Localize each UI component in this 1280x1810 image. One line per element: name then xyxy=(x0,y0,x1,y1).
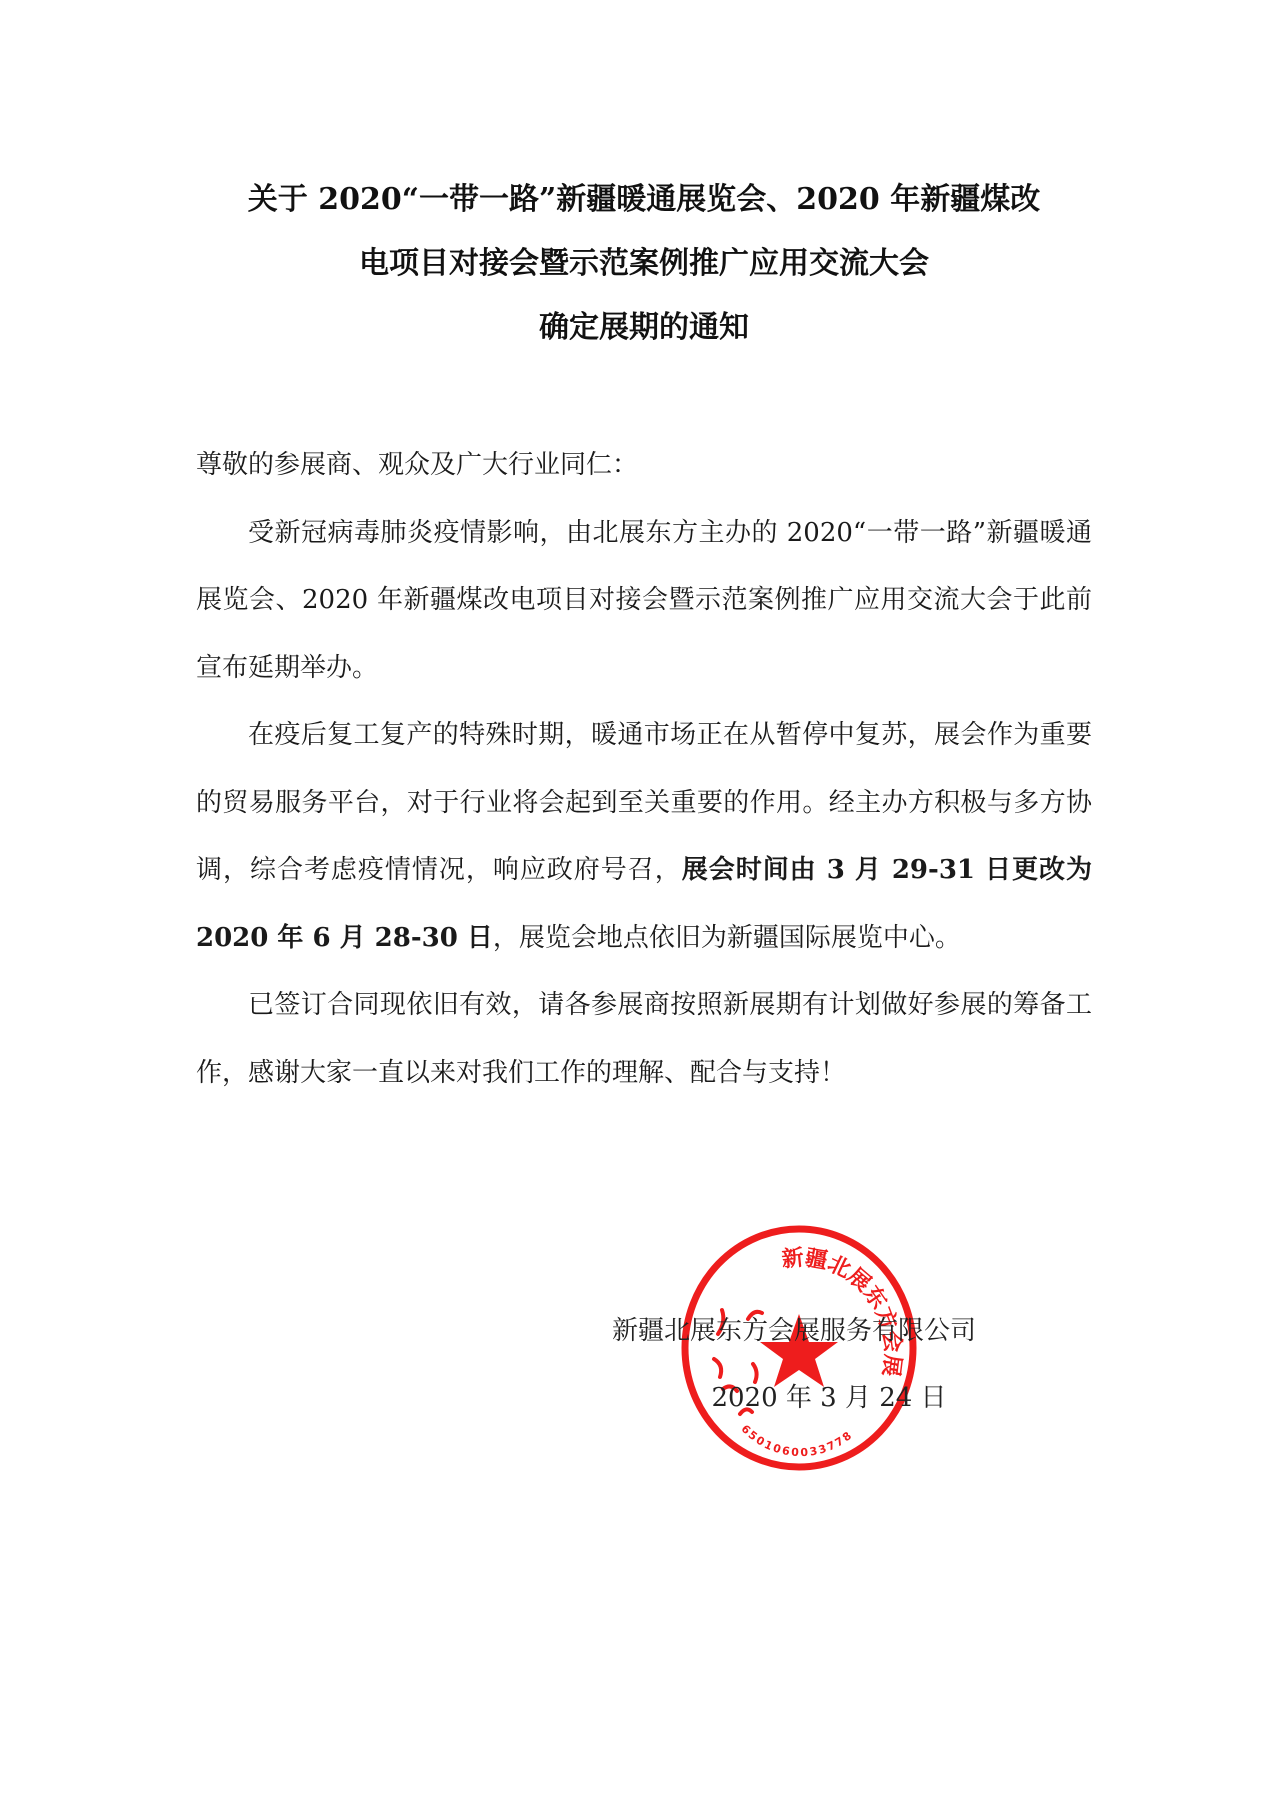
title-line-2: 电项目对接会暨示范案例推广应用交流大会 xyxy=(196,232,1092,296)
paragraph-3: 已签订合同现依旧有效，请各参展商按照新展期有计划做好参展的筹备工作，感谢大家一直… xyxy=(196,972,1092,1107)
signature-company: 新疆北展东方会展服务有限公司 xyxy=(584,1298,1004,1365)
document-page: 关于 2020“一带一路”新疆暖通展览会、2020 年新疆煤改 电项目对接会暨示… xyxy=(0,0,1280,1810)
paragraph-2: 在疫后复工复产的特殊时期，暖通市场正在从暂停中复苏，展会作为重要的贸易服务平台，… xyxy=(196,702,1092,972)
salutation: 尊敬的参展商、观众及广大行业同仁： xyxy=(196,432,1092,500)
signature-date: 2020 年 3 月 24 日 xyxy=(584,1365,1004,1432)
document-body: 尊敬的参展商、观众及广大行业同仁： 受新冠病毒肺炎疫情影响，由北展东方主办的 2… xyxy=(196,432,1092,1107)
signature-block: 新疆北展东方会展服务有限公司 2020 年 3 月 24 日 xyxy=(584,1298,1004,1432)
title-line-3: 确定展期的通知 xyxy=(196,296,1092,360)
paragraph-1: 受新冠病毒肺炎疫情影响，由北展东方主办的 2020“一带一路”新疆暖通展览会、2… xyxy=(196,500,1092,703)
paragraph-2-venue: ，展览会地点依旧为新疆国际展览中心。 xyxy=(493,923,961,953)
title-line-1: 关于 2020“一带一路”新疆暖通展览会、2020 年新疆煤改 xyxy=(196,168,1092,232)
document-title: 关于 2020“一带一路”新疆暖通展览会、2020 年新疆煤改 电项目对接会暨示… xyxy=(196,168,1092,360)
